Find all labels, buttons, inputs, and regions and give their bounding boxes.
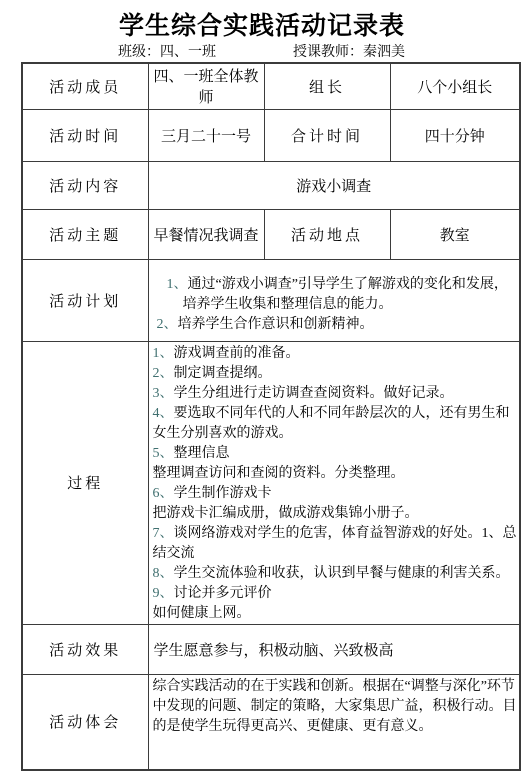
row-reflection: 活动体会 综合实践活动的在于实践和创新。根据在“调整与深化”环节中发现的问题、制…: [22, 674, 520, 770]
process-line: 把游戏卡汇编成册，做成游戏集锦小册子。: [153, 504, 518, 524]
time-label-cell: 活动时间: [22, 109, 148, 161]
theme-value-cell: 早餐情况我调查: [148, 209, 264, 259]
process-line: 7、谈网络游戏对学生的危害，体育益智游戏的好处。1、总结交流: [153, 524, 518, 564]
process-line: 5、整理信息: [153, 444, 518, 464]
process-line: 如何健康上网。: [153, 604, 518, 624]
process-line-text: 学生分组进行走访调查查阅资料。做好记录。: [174, 386, 454, 401]
list-number: 7、: [153, 526, 174, 541]
process-line-text: 学生制作游戏卡: [174, 486, 272, 501]
list-number: 3、: [153, 386, 174, 401]
list-number: 9、: [153, 586, 174, 601]
page-title: 学生综合实践活动记录表: [0, 6, 524, 42]
list-number: 8、: [153, 566, 174, 581]
process-line-text: 游戏调查前的准备。: [174, 346, 300, 361]
process-line-text: 讨论并多元评价: [174, 586, 272, 601]
effect-value-cell: 学生愿意参与，积极动脑、兴致极高: [148, 624, 520, 674]
process-line: 1、游戏调查前的准备。: [153, 344, 518, 364]
process-line-text: 整理信息: [174, 446, 230, 461]
row-theme: 活动主题 早餐情况我调查 活动地点 教室: [22, 209, 520, 259]
row-content: 活动内容 游戏小调查: [22, 161, 520, 209]
plan-line-text: 培养学生合作意识和创新精神。: [178, 317, 374, 332]
members-label-cell: 活动成员: [22, 63, 148, 109]
process-line-text: 学生交流体验和收获，认识到早餐与健康的利害关系。: [174, 566, 510, 581]
record-form-page: 学生综合实践活动记录表 班级：四、一班 授课教师：秦泗美 活动成员 四、一班全体…: [0, 0, 524, 775]
reflection-label-cell: 活动体会: [22, 674, 148, 770]
record-table: 活动成员 四、一班全体教师 组长 八个小组长 活动时间 三月二十一号 合计时间 …: [21, 62, 521, 771]
row-members: 活动成员 四、一班全体教师 组长 八个小组长: [22, 63, 520, 109]
plan-line-text: 通过“游戏小调查”引导学生了解游戏的变化和发展，: [188, 277, 508, 292]
plan-line: 培养学生收集和整理信息的能力。: [153, 295, 518, 315]
total-time-label-cell: 合计时间: [264, 109, 390, 161]
row-effect: 活动效果 学生愿意参与，积极动脑、兴致极高: [22, 624, 520, 674]
location-label-cell: 活动地点: [264, 209, 390, 259]
list-number: 2、: [157, 317, 178, 332]
process-line-text: 谈网络游戏对学生的危害，体育益智游戏的好处。1、总结交流: [153, 526, 517, 561]
meta-row: 班级：四、一班 授课教师：秦泗美: [0, 41, 524, 59]
process-line: 9、讨论并多元评价: [153, 584, 518, 604]
row-process: 过程 1、游戏调查前的准备。 2、制定调查提纲。 3、学生分组进行走访调查查阅资…: [22, 341, 520, 624]
leader-value-cell: 八个小组长: [390, 63, 520, 109]
members-value-cell: 四、一班全体教师: [148, 63, 264, 109]
plan-line-text: 培养学生收集和整理信息的能力。: [183, 297, 393, 312]
time-value-cell: 三月二十一号: [148, 109, 264, 161]
process-line: 2、制定调查提纲。: [153, 364, 518, 384]
list-number: 6、: [153, 486, 174, 501]
process-line-text: 把游戏卡汇编成册，做成游戏集锦小册子。: [153, 506, 419, 521]
class-field: 班级：四、一班: [118, 41, 216, 61]
list-number: 1、: [167, 277, 188, 292]
leader-label-cell: 组长: [264, 63, 390, 109]
process-line-text: 制定调查提纲。: [174, 366, 272, 381]
process-line-text: 要选取不同年代的人和不同年龄层次的人，还有男生和女生分别喜欢的游戏。: [153, 406, 510, 441]
row-plan: 活动计划 1、通过“游戏小调查”引导学生了解游戏的变化和发展， 培养学生收集和整…: [22, 259, 520, 341]
plan-label-cell: 活动计划: [22, 259, 148, 341]
process-line: 整理调查访问和查阅的资料。分类整理。: [153, 464, 518, 484]
list-number: 5、: [153, 446, 174, 461]
process-line: 4、要选取不同年代的人和不同年龄层次的人，还有男生和女生分别喜欢的游戏。: [153, 404, 518, 444]
reflection-content-cell: 综合实践活动的在于实践和创新。根据在“调整与深化”环节中发现的问题、制定的策略，…: [148, 674, 520, 770]
process-content-cell: 1、游戏调查前的准备。 2、制定调查提纲。 3、学生分组进行走访调查查阅资料。做…: [148, 341, 520, 624]
theme-label-cell: 活动主题: [22, 209, 148, 259]
process-label-cell: 过程: [22, 341, 148, 624]
content-label-cell: 活动内容: [22, 161, 148, 209]
process-line: 8、学生交流体验和收获，认识到早餐与健康的利害关系。: [153, 564, 518, 584]
total-time-value-cell: 四十分钟: [390, 109, 520, 161]
row-time: 活动时间 三月二十一号 合计时间 四十分钟: [22, 109, 520, 161]
list-number: 2、: [153, 366, 174, 381]
process-line-text: 如何健康上网。: [153, 606, 251, 621]
teacher-field: 授课教师：秦泗美: [293, 41, 405, 61]
process-line: 3、学生分组进行走访调查查阅资料。做好记录。: [153, 384, 518, 404]
process-line-text: 整理调查访问和查阅的资料。分类整理。: [153, 466, 405, 481]
location-value-cell: 教室: [390, 209, 520, 259]
process-line: 6、学生制作游戏卡: [153, 484, 518, 504]
plan-content-cell: 1、通过“游戏小调查”引导学生了解游戏的变化和发展， 培养学生收集和整理信息的能…: [148, 259, 520, 341]
effect-label-cell: 活动效果: [22, 624, 148, 674]
list-number: 1、: [153, 346, 174, 361]
plan-line: 2、培养学生合作意识和创新精神。: [153, 315, 518, 335]
list-number: 4、: [153, 406, 174, 421]
content-value-cell: 游戏小调查: [148, 161, 520, 209]
plan-line: 1、通过“游戏小调查”引导学生了解游戏的变化和发展，: [153, 275, 518, 295]
